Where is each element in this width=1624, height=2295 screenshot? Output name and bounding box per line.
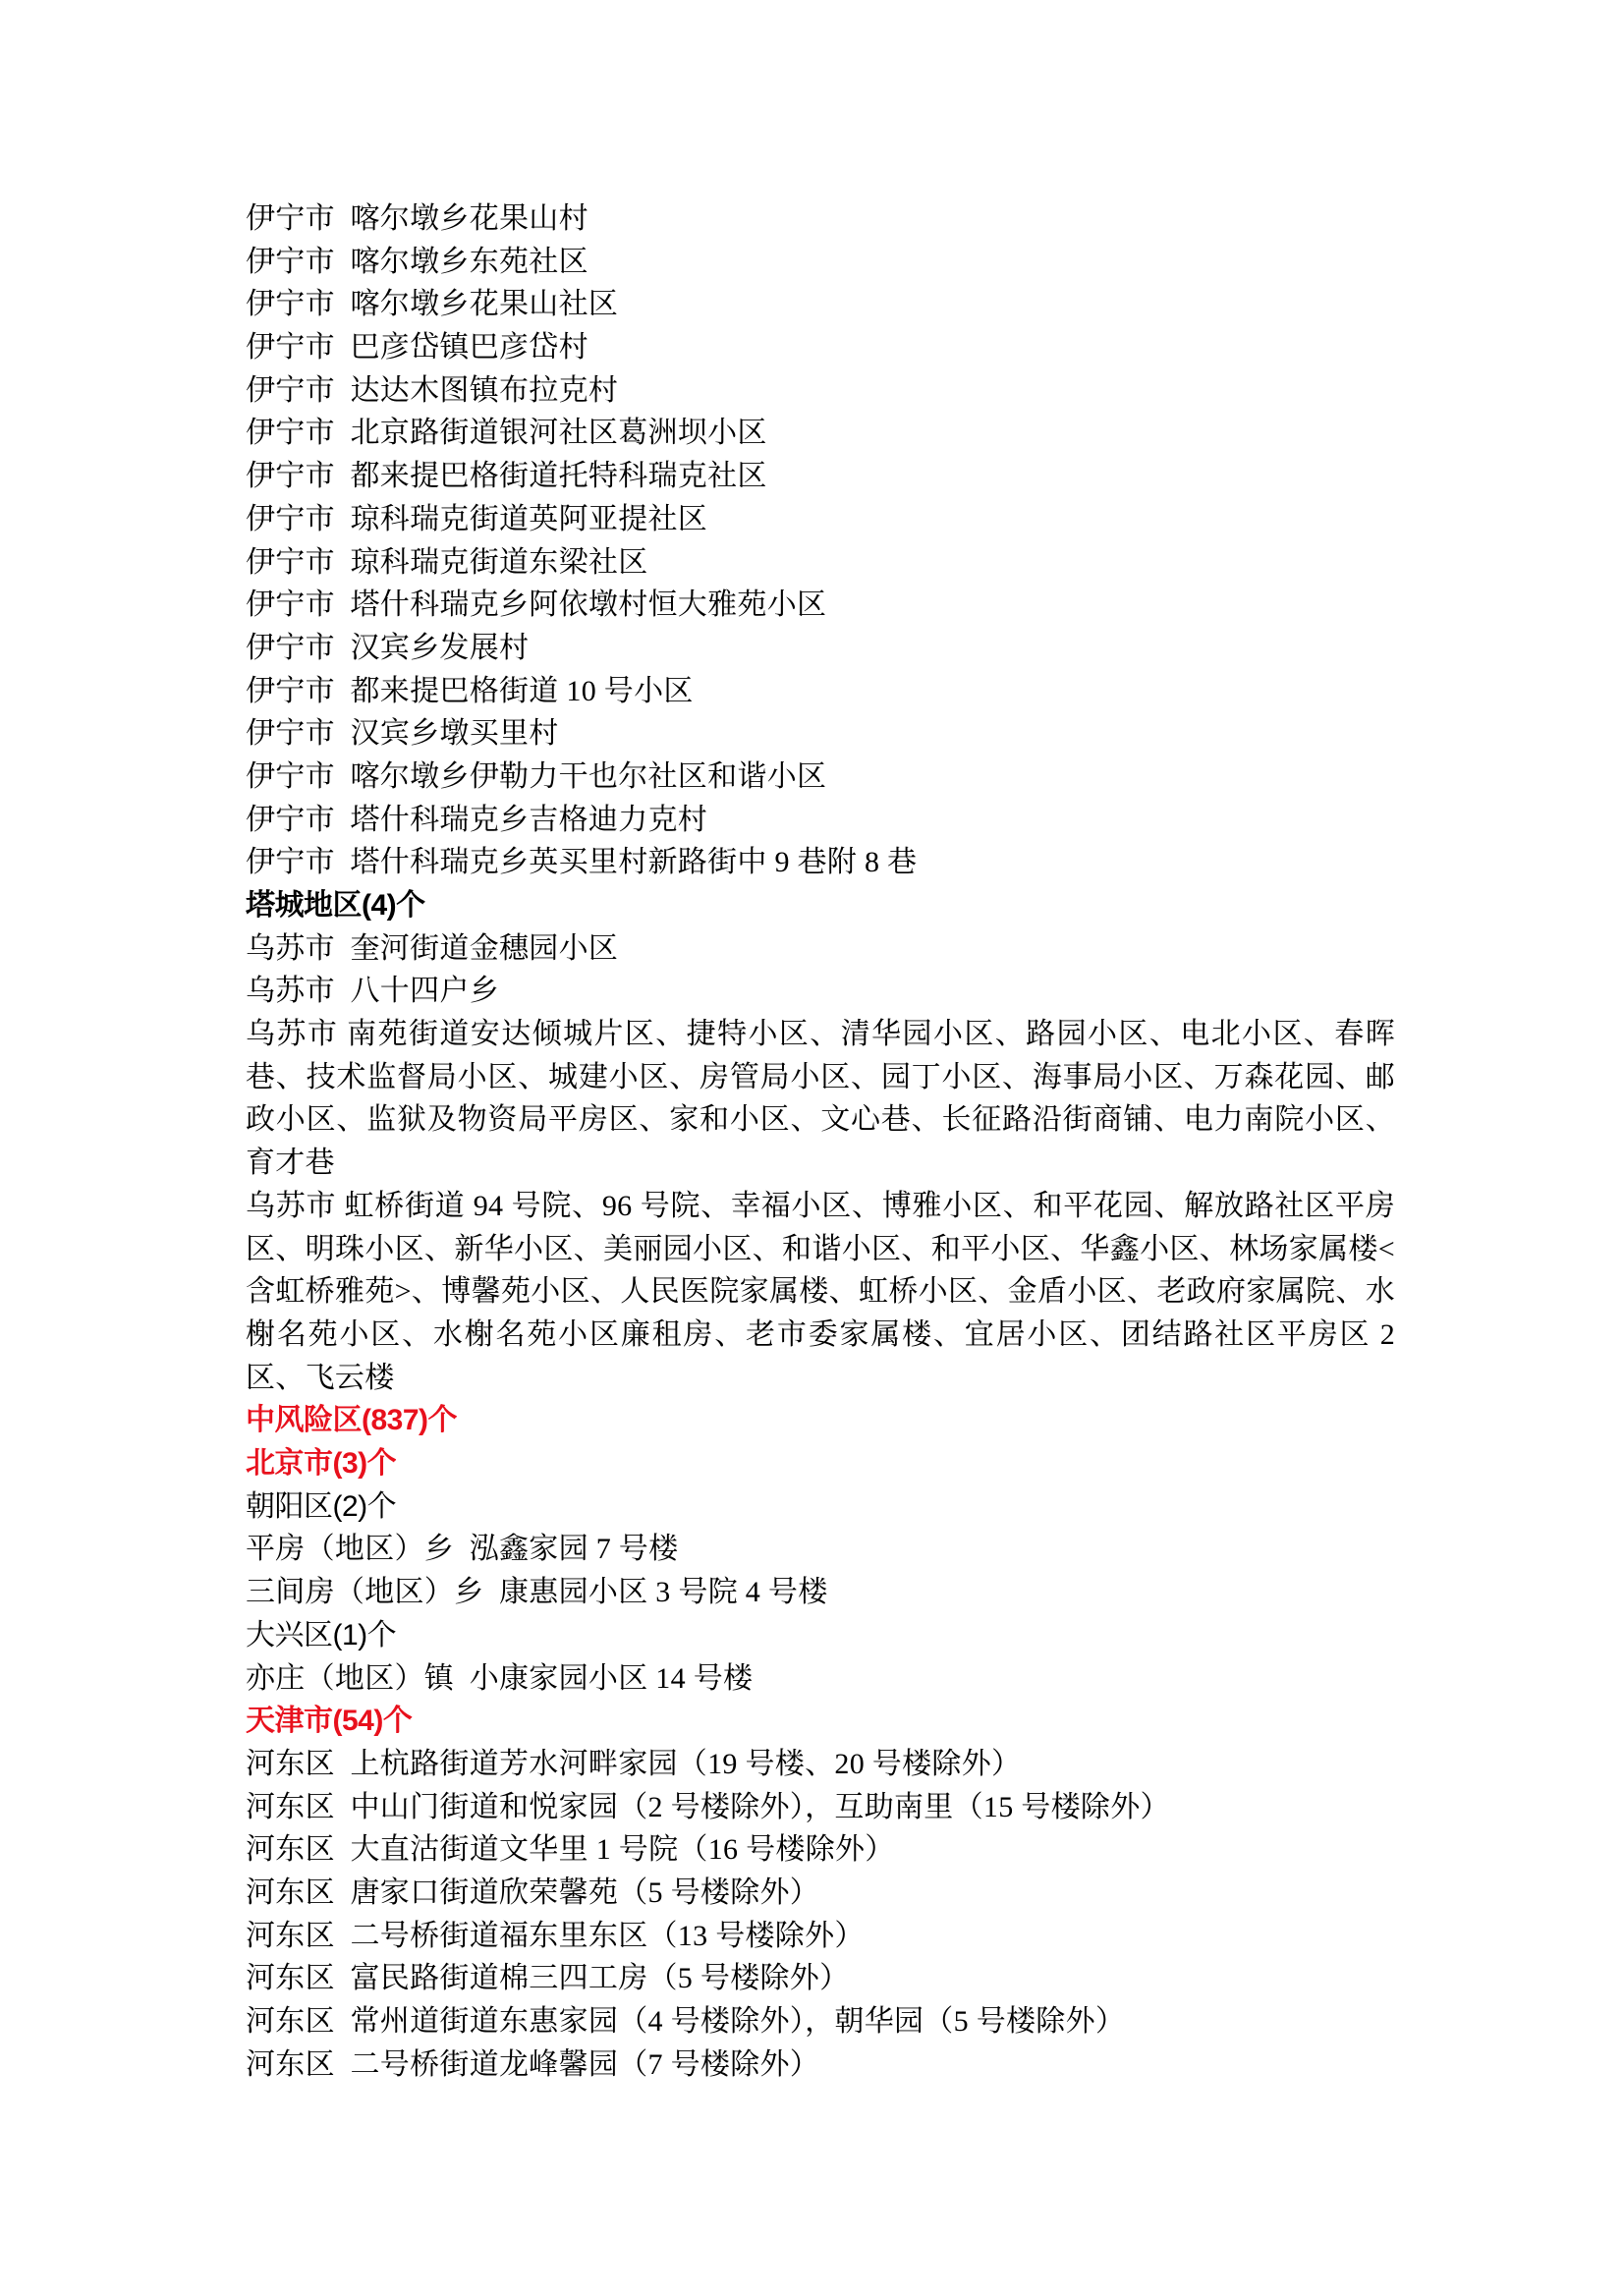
medium-risk-section: 中风险区(837)个 北京市(3)个 朝阳区(2)个 平房（地区）乡 泓鑫家园 … [246,1399,1395,2086]
district-heading-daxing: 大兴区(1)个 [246,1614,1395,1657]
list-item: 河东区 常州道街道东惠家园（4 号楼除外），朝华园（5 号楼除外） [246,2000,1395,2043]
list-item-paragraph: 乌苏市 虹桥街道 94 号院、96 号院、幸福小区、博雅小区、和平花园、解放路社… [246,1185,1395,1400]
list-item: 伊宁市 北京路街道银河社区葛洲坝小区 [246,412,1395,455]
list-item: 伊宁市 琼科瑞克街道英阿亚提社区 [246,498,1395,541]
list-item: 伊宁市 琼科瑞克街道东梁社区 [246,541,1395,585]
district-heading-chaoyang: 朝阳区(2)个 [246,1485,1395,1529]
list-item: 伊宁市 都来提巴格街道 10 号小区 [246,670,1395,713]
list-item: 伊宁市 塔什科瑞克乡英买里村新路街中 9 巷附 8 巷 [246,841,1395,884]
province-heading-beijing: 北京市(3)个 [246,1442,1395,1485]
list-item: 伊宁市 巴彦岱镇巴彦岱村 [246,326,1395,369]
list-item: 伊宁市 喀尔墩乡花果山村 [246,197,1395,241]
list-item: 伊宁市 喀尔墩乡花果山社区 [246,283,1395,326]
list-item: 河东区 二号桥街道福东里东区（13 号楼除外） [246,1915,1395,1958]
list-item: 伊宁市 达达木图镇布拉克村 [246,369,1395,413]
list-item: 河东区 中山门街道和悦家园（2 号楼除外），互助南里（15 号楼除外） [246,1786,1395,1829]
list-item: 亦庄（地区）镇 小康家园小区 14 号楼 [246,1657,1395,1701]
list-item: 伊宁市 喀尔墩乡伊勒力干也尔社区和谐小区 [246,756,1395,799]
list-item: 河东区 二号桥街道龙峰馨园（7 号楼除外） [246,2043,1395,2087]
section-heading-medium-risk: 中风险区(837)个 [246,1399,1395,1442]
list-item: 伊宁市 塔什科瑞克乡阿依墩村恒大雅苑小区 [246,584,1395,627]
list-item: 河东区 大直沽街道文华里 1 号院（16 号楼除外） [246,1828,1395,1872]
list-item-paragraph: 乌苏市 南苑街道安达倾城片区、捷特小区、清华园小区、路园小区、电北小区、春晖巷、… [246,1013,1395,1185]
list-item: 河东区 富民路街道棉三四工房（5 号楼除外） [246,1957,1395,2000]
province-heading-tianjin: 天津市(54)个 [246,1700,1395,1743]
list-item: 伊宁市 都来提巴格街道托特科瑞克社区 [246,455,1395,498]
section-heading-tacheng: 塔城地区(4)个 [246,884,1395,927]
list-item: 三间房（地区）乡 康惠园小区 3 号院 4 号楼 [246,1571,1395,1614]
list-item: 伊宁市 汉宾乡发展村 [246,627,1395,670]
list-item: 伊宁市 喀尔墩乡东苑社区 [246,241,1395,284]
list-item: 河东区 上杭路街道芳水河畔家园（19 号楼、20 号楼除外） [246,1743,1395,1786]
yining-list: 伊宁市 喀尔墩乡花果山村 伊宁市 喀尔墩乡东苑社区 伊宁市 喀尔墩乡花果山社区 … [246,197,1395,884]
list-item: 乌苏市 奎河街道金穗园小区 [246,927,1395,971]
document-page: 伊宁市 喀尔墩乡花果山村 伊宁市 喀尔墩乡东苑社区 伊宁市 喀尔墩乡花果山社区 … [246,197,1395,2086]
list-item: 乌苏市 八十四户乡 [246,970,1395,1013]
tacheng-section: 塔城地区(4)个 乌苏市 奎河街道金穗园小区 乌苏市 八十四户乡 乌苏市 南苑街… [246,884,1395,1399]
list-item: 平房（地区）乡 泓鑫家园 7 号楼 [246,1528,1395,1571]
list-item: 伊宁市 汉宾乡墩买里村 [246,712,1395,756]
list-item: 伊宁市 塔什科瑞克乡吉格迪力克村 [246,799,1395,842]
list-item: 河东区 唐家口街道欣荣馨苑（5 号楼除外） [246,1872,1395,1915]
